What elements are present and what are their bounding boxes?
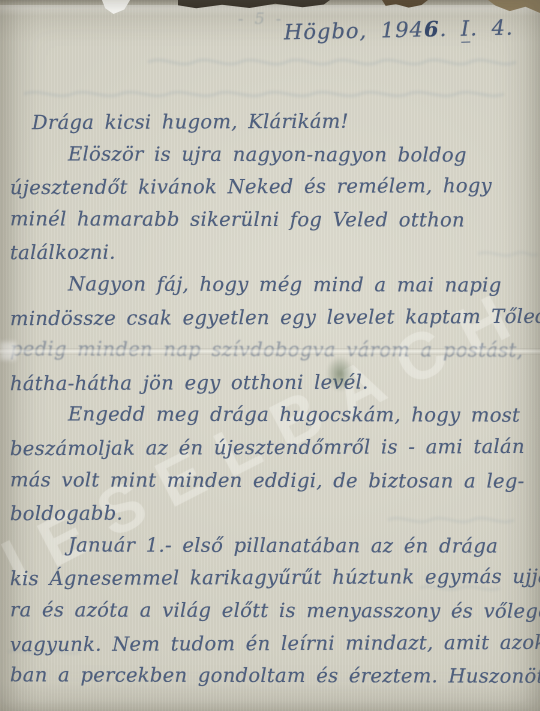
letter-line: ban a percekben gondoltam és éreztem. Hu… (10, 659, 536, 693)
dateline-day: . 4. (470, 16, 514, 41)
letter-line: beszámoljak az én újesztendőmről is - am… (10, 431, 536, 466)
letter-line: vagyunk. Nem tudom én leírni mindazt, am… (10, 626, 536, 661)
letter-body: Drága kicsi hugom, Klárikám! Elöször is … (10, 106, 536, 693)
letter-line-on-crease: pedig minden nap szívdobogva várom a pos… (10, 333, 536, 367)
fold-crease-edge-mark (0, 342, 16, 360)
letter-line: minél hamarabb sikerülni fog Veled ottho… (10, 203, 536, 237)
letter-line: más volt mint minden eddigi, de biztosan… (10, 464, 536, 498)
letter-line: hátha-hátha jön egy otthoni levél. (10, 366, 536, 401)
letter-line: Január 1.- első pillanatában az én drága (10, 529, 536, 563)
letter-page: KIESELBACH - 5 - Högbo, 1946. I. 4. Drág… (0, 0, 540, 711)
letter-line: Nagyon fáj, hogy még mind a mai napig (10, 268, 536, 302)
dateline-bold-digit: 6 (424, 16, 440, 41)
page-number-bleed: - 5 - (238, 9, 284, 28)
letter-line: Engedd meg drága hugocskám, hogy most (10, 399, 536, 433)
letter-line: mindössze csak egyetlen egy levelet kapt… (10, 300, 536, 335)
ink-smudge (326, 356, 354, 392)
dateline: Högbo, 1946. I. 4. (284, 15, 514, 45)
letter-line: kis Ágnesemmel karikagyűrűt húztunk egym… (10, 561, 536, 596)
dateline-place-year: Högbo, 194 (284, 17, 424, 44)
letter-line: boldogabb. (10, 496, 536, 531)
letter-line: Elöször is ujra nagyon-nagyon boldog (10, 138, 536, 172)
letter-line: találkozni. (10, 235, 536, 270)
letter-line: újesztendőt kivánok Neked és remélem, ho… (10, 170, 536, 205)
dateline-dot: . (440, 17, 462, 41)
letter-salutation: Drága kicsi hugom, Klárikám! (32, 105, 536, 140)
letter-line: ra és azóta a világ előtt is menyasszony… (10, 594, 536, 628)
